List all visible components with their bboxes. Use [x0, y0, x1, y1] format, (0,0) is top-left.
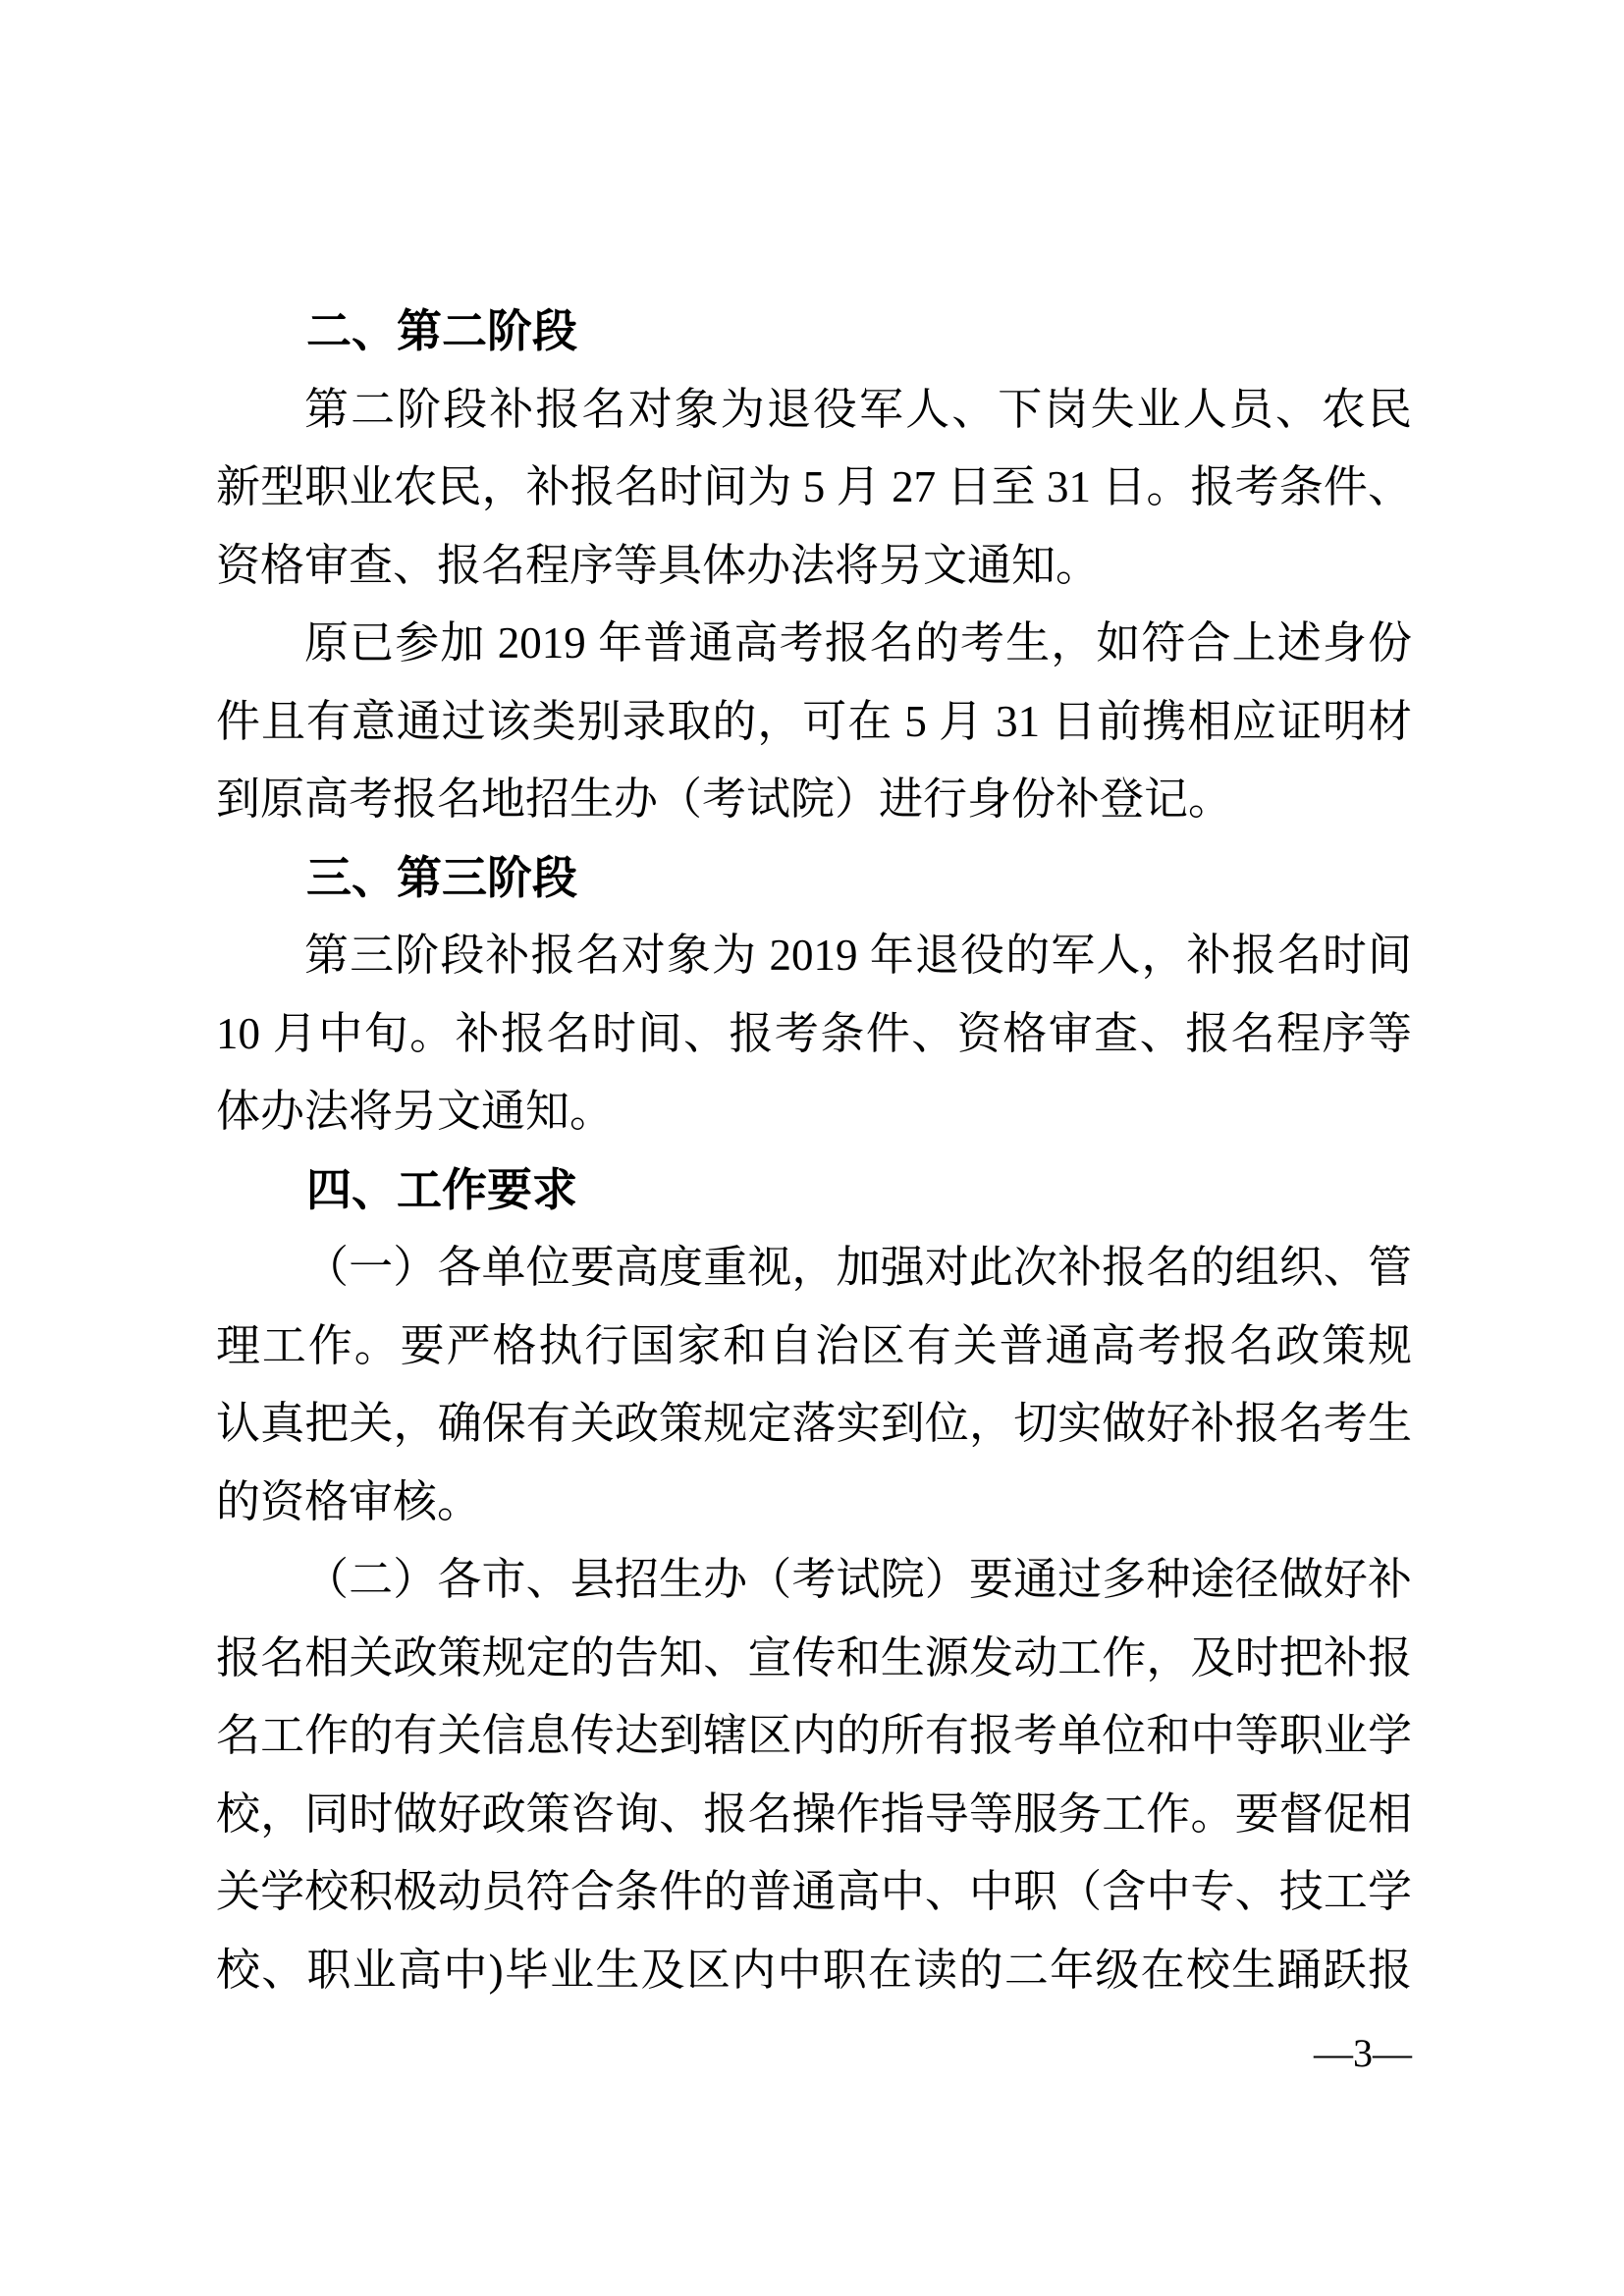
heading-stage-three: 三、第三阶段	[216, 839, 1412, 918]
paragraph-line: 报名相关政策规定的告知、宣传和生源发动工作，及时把补报	[216, 1620, 1412, 1698]
paragraph-line: 到原高考报名地招生办（考试院）进行身份补登记。	[216, 761, 1412, 839]
paragraph-line: 原已参加 2019 年普通高考报名的考生，如符合上述身份条	[216, 605, 1412, 683]
paragraph-line: （二）各市、县招生办（考试院）要通过多种途径做好补	[216, 1541, 1412, 1620]
paragraph-line: 10 月中旬。补报名时间、报考条件、资格审查、报名程序等具	[216, 995, 1412, 1074]
paragraph-line: 名工作的有关信息传达到辖区内的所有报考单位和中等职业学	[216, 1697, 1412, 1776]
paragraph-line: 第三阶段补报名对象为 2019 年退役的军人，补报名时间为	[216, 917, 1412, 995]
paragraph-line: 资格审查、报名程序等具体办法将另文通知。	[216, 527, 1412, 606]
paragraph-line: 的资格审核。	[216, 1464, 1412, 1542]
paragraph-line: 理工作。要严格执行国家和自治区有关普通高考报名政策规定，	[216, 1308, 1412, 1386]
heading-stage-two: 二、第二阶段	[216, 293, 1412, 371]
paragraph-line: 第二阶段补报名对象为退役军人、下岗失业人员、农民工、	[216, 371, 1412, 450]
paragraph-line: 关学校积极动员符合条件的普通高中、中职（含中专、技工学	[216, 1853, 1412, 1932]
paragraph-line: 校，同时做好政策咨询、报名操作指导等服务工作。要督促相	[216, 1776, 1412, 1854]
text-block: 二、第二阶段 第二阶段补报名对象为退役军人、下岗失业人员、农民工、 新型职业农民…	[216, 293, 1412, 2009]
document-page: 二、第二阶段 第二阶段补报名对象为退役军人、下岗失业人员、农民工、 新型职业农民…	[0, 0, 1624, 2296]
heading-work-requirements: 四、工作要求	[216, 1151, 1412, 1230]
paragraph-line: 新型职业农民，补报名时间为 5 月 27 日至 31 日。报考条件、	[216, 449, 1412, 527]
paragraph-line: 体办法将另文通知。	[216, 1073, 1412, 1151]
page-number: —3—	[216, 2014, 1412, 2093]
paragraph-line: 件且有意通过该类别录取的，可在 5 月 31 日前携相应证明材料	[216, 683, 1412, 762]
paragraph-line: 认真把关，确保有关政策规定落实到位，切实做好补报名考生	[216, 1385, 1412, 1464]
paragraph-line: （一）各单位要高度重视，加强对此次补报名的组织、管	[216, 1229, 1412, 1308]
paragraph-line: 校、职业高中)毕业生及区内中职在读的二年级在校生踊跃报考。	[216, 1932, 1412, 2010]
